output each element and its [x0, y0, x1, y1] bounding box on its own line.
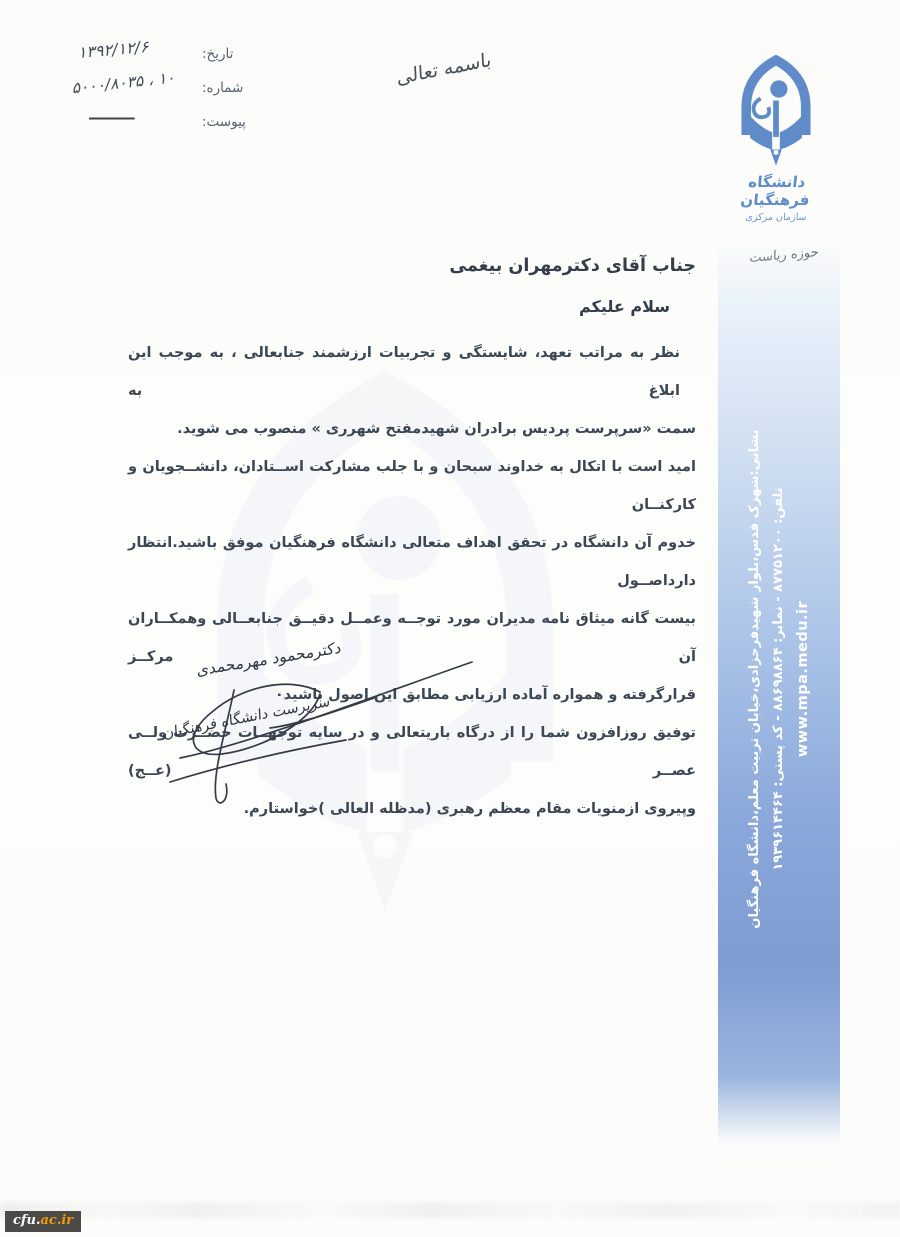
contact-line: تلفن: ۸۷۷۵۱۲۰۰ - نمابر: ۸۸۶۹۸۸۶۴ - کد پس… — [767, 379, 791, 979]
date-label: تاریخ: — [202, 38, 264, 62]
attachment-label: پیوست: — [202, 106, 264, 130]
handwritten-signature — [150, 632, 480, 812]
farhangian-university-logo-icon — [728, 54, 824, 170]
central-organization-label: سازمان مرکزی — [717, 212, 834, 223]
salutation: سلام علیکم — [128, 297, 696, 316]
scan-artifact — [0, 1202, 900, 1218]
website-line: www.mpa.medu.ir — [791, 379, 815, 979]
scanned-letter-page: تاریخ: ۱۳۹۲/۱۲/۶ شماره: ۵۰۰۰/۸۰۳۵ ، ۱۰ پ… — [0, 0, 900, 1237]
recipient-name: جناب آقای دکترمهران بیغمی — [128, 256, 696, 276]
meta-number-row: شماره: ۵۰۰۰/۸۰۳۵ ، ۱۰ — [24, 72, 264, 106]
body-line: سمت «سرپرست پردیس برادران شهیدمفتح شهرری… — [128, 410, 696, 448]
meta-date-row: تاریخ: ۱۳۹۲/۱۲/۶ — [24, 38, 264, 72]
date-value-handwritten: ۱۳۹۲/۱۲/۶ — [23, 30, 202, 66]
cfu-watermark-badge: cfu.ac.ir — [5, 1211, 81, 1232]
university-logo-block: دانشگاه فرهنگیان سازمان مرکزی — [718, 54, 834, 223]
attachment-dash: — — [24, 106, 202, 127]
university-name: دانشگاه فرهنگیان — [716, 173, 836, 209]
badge-prefix: cfu. — [13, 1213, 41, 1228]
address-line: نشانی:شهرک قدس،بلوار شهیدفرحزادی،خیابان … — [743, 379, 767, 979]
besmeleh-calligraphy: باسمه تعالی — [396, 49, 491, 90]
body-line: خدوم آن دانشگاه در تحقق اهداف متعالی دان… — [128, 524, 696, 600]
badge-suffix: ac.ir — [41, 1213, 74, 1228]
body-line: نظر به مراتب تعهد، شایستگی و تجربیات ارز… — [128, 334, 696, 410]
meta-attachment-row: پیوست: — — [24, 106, 264, 140]
footer-info-text: نشانی:شهرک قدس،بلوار شهیدفرحزادی،خیابان … — [743, 379, 815, 979]
letter-meta: تاریخ: ۱۳۹۲/۱۲/۶ شماره: ۵۰۰۰/۸۰۳۵ ، ۱۰ پ… — [24, 38, 264, 140]
body-line: امید است با اتکال به خداوند سبحان و با ج… — [128, 448, 696, 524]
footer-info-strip: نشانی:شهرک قدس،بلوار شهیدفرحزادی،خیابان … — [718, 238, 840, 1170]
